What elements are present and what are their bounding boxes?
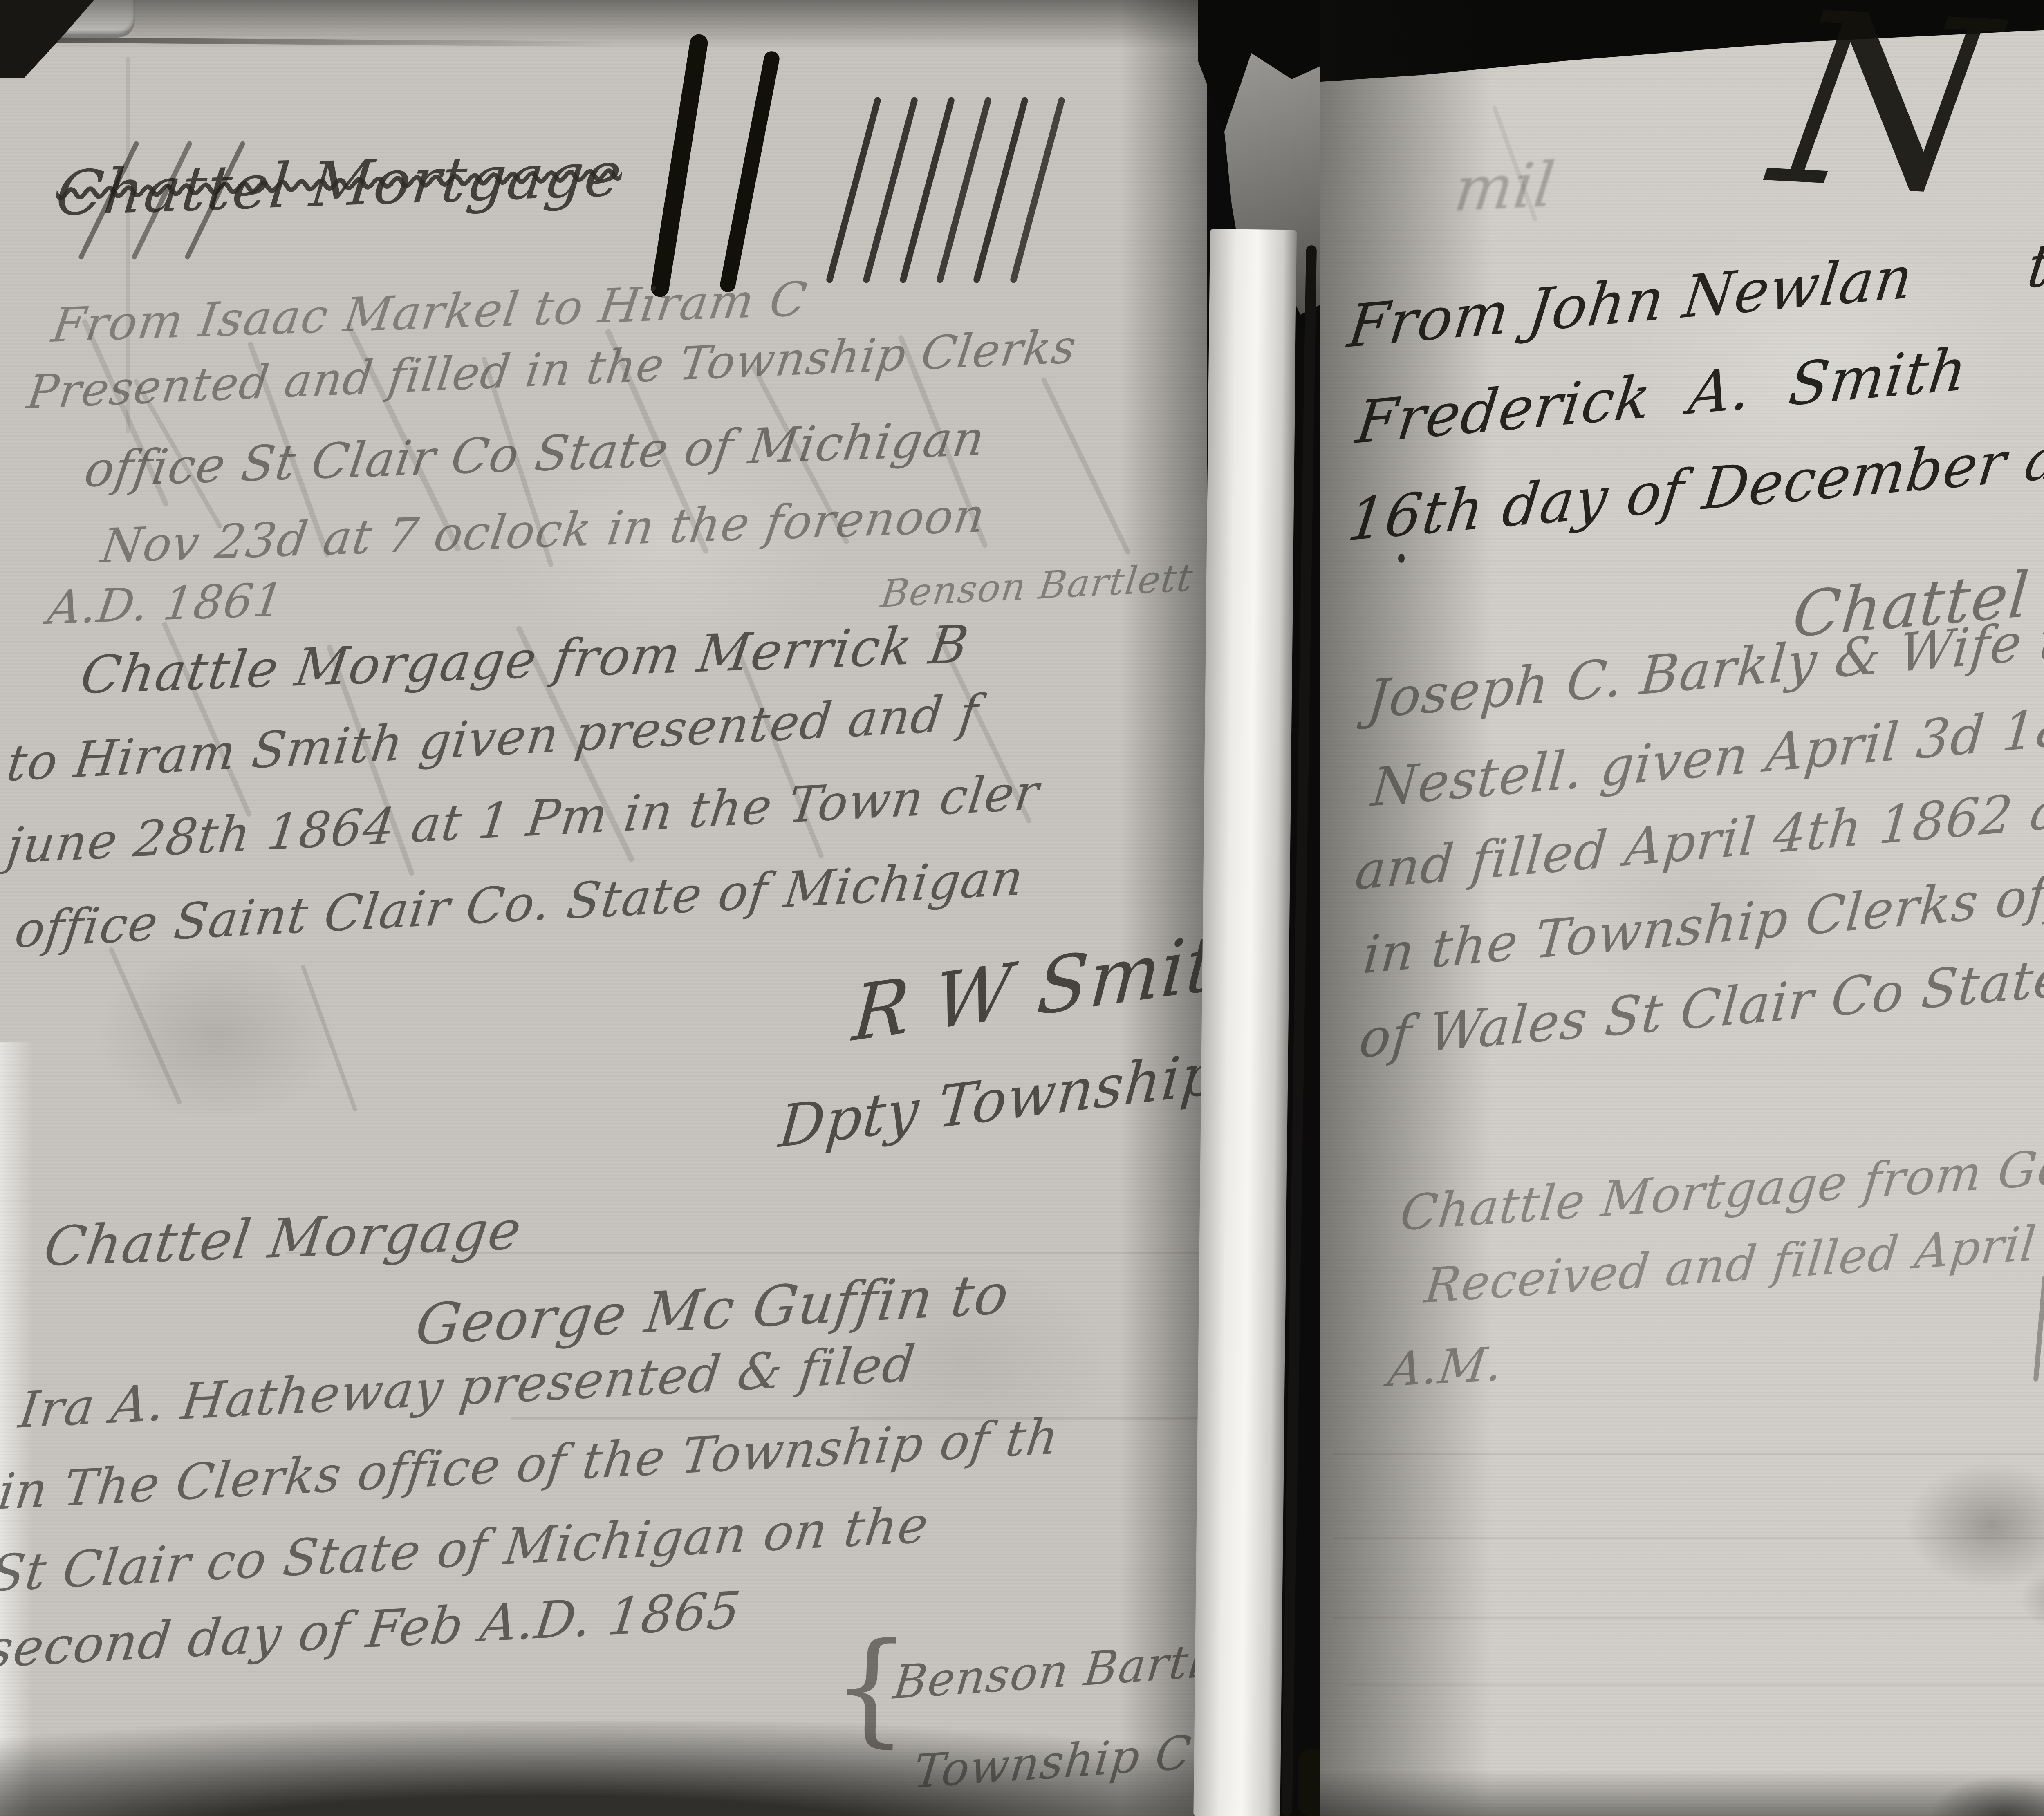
ghost-text: mil	[1451, 154, 1558, 221]
entry-line: Chattle Morgage from Merrick B	[78, 619, 972, 701]
page-bottom-shadow	[1320, 1770, 2044, 1816]
ruled-line	[1345, 1684, 2044, 1686]
entry-line: office St Clair Co State of Michigan	[82, 414, 988, 494]
left-page: Chattel Mortgage From Isaac Markel to Hi…	[0, 0, 1207, 1816]
struck-heading-text: Chattel Mortgage	[53, 143, 625, 225]
entry-line: second day of Feb A.D. 1865	[0, 1585, 744, 1675]
entry-line: to Hiram Smith given presented and f	[4, 689, 982, 789]
ruled-line	[1333, 1453, 2044, 1455]
entry-line: A.D. 1861	[45, 577, 287, 631]
ruled-line	[1333, 1617, 2044, 1619]
right-page: N mil Mortgages From John Newlan to Fred…	[1320, 0, 2044, 1816]
signature-flourish-stroke	[2033, 1275, 2044, 1382]
gutter-side-shadow	[1120, 0, 1207, 1816]
entry-line: Chattle Mortgage from George B. Nestel t…	[1398, 1104, 2044, 1238]
entry-line: office Saint Clair Co. State of Michigan	[12, 853, 1026, 956]
ledger-scan: Chattel Mortgage From Isaac Markel to Hi…	[0, 0, 2044, 1816]
entry-line: George Mc Guffin to	[413, 1266, 1012, 1353]
page-edge-strip	[1193, 229, 1297, 1816]
ink-speck	[1398, 554, 1405, 563]
large-N-mark: N	[1762, 0, 2007, 228]
gutter-side-shadow	[1320, 0, 1492, 1816]
entry-line: Nov 23d at 7 oclock in the forenoon	[98, 492, 988, 570]
ruled-line	[1333, 1537, 2044, 1539]
entry-line: A.M.	[1386, 1340, 1506, 1393]
entry-line: St Clair co State of Michigan on the	[0, 1500, 931, 1599]
entry-heading: Chattel Morgage	[41, 1203, 525, 1274]
